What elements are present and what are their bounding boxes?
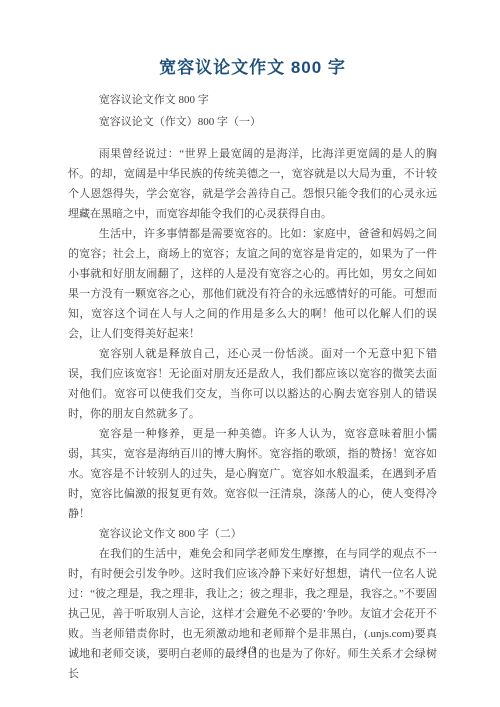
paragraph-2: 生活中，许多事情都是需要宽容的。比如：家庭中，爸爸和妈妈之间的宽容；社会上，商场… [68, 224, 437, 344]
paragraph-5: 在我们的生活中，难免会和同学老师发生摩擦，在与同学的观点不一时，有时便会引发争吵… [68, 544, 437, 684]
section-2-heading: 宽容议论文作文 800 字（二） [68, 524, 437, 544]
document-content: 宽容议论文作文 800 字 宽容议论文作文 800 字 宽容议论文（作文）800… [68, 56, 437, 684]
keyword-line: 宽容议论文作文 800 字 [68, 89, 437, 111]
paragraph-3: 宽容别人就是释放自己，还心灵一份恬淡。面对一个无意中犯下错误，我们应该宽容！无论… [68, 344, 437, 424]
essay-body: 雨果曾经说过：“世界上最宽阔的是海洋，比海洋更宽阔的是人的胸怀。的却，宽阔是中华… [68, 144, 437, 684]
document-page: 宽容议论文作文 800 字 宽容议论文作文 800 字 宽容议论文（作文）800… [0, 0, 500, 707]
paragraph-4: 宽容是一种修养，更是一种美德。许多人认为，宽容意味着胆小懦弱，其实，宽容是海纳百… [68, 424, 437, 524]
paragraph-1: 雨果曾经说过：“世界上最宽阔的是海洋，比海洋更宽阔的是人的胸怀。的却，宽阔是中华… [68, 144, 437, 224]
section-1-heading: 宽容议论文（作文）800 字（一） [68, 111, 437, 133]
page-number: 1/3 [0, 645, 500, 655]
document-title: 宽容议论文作文 800 字 [68, 56, 437, 80]
